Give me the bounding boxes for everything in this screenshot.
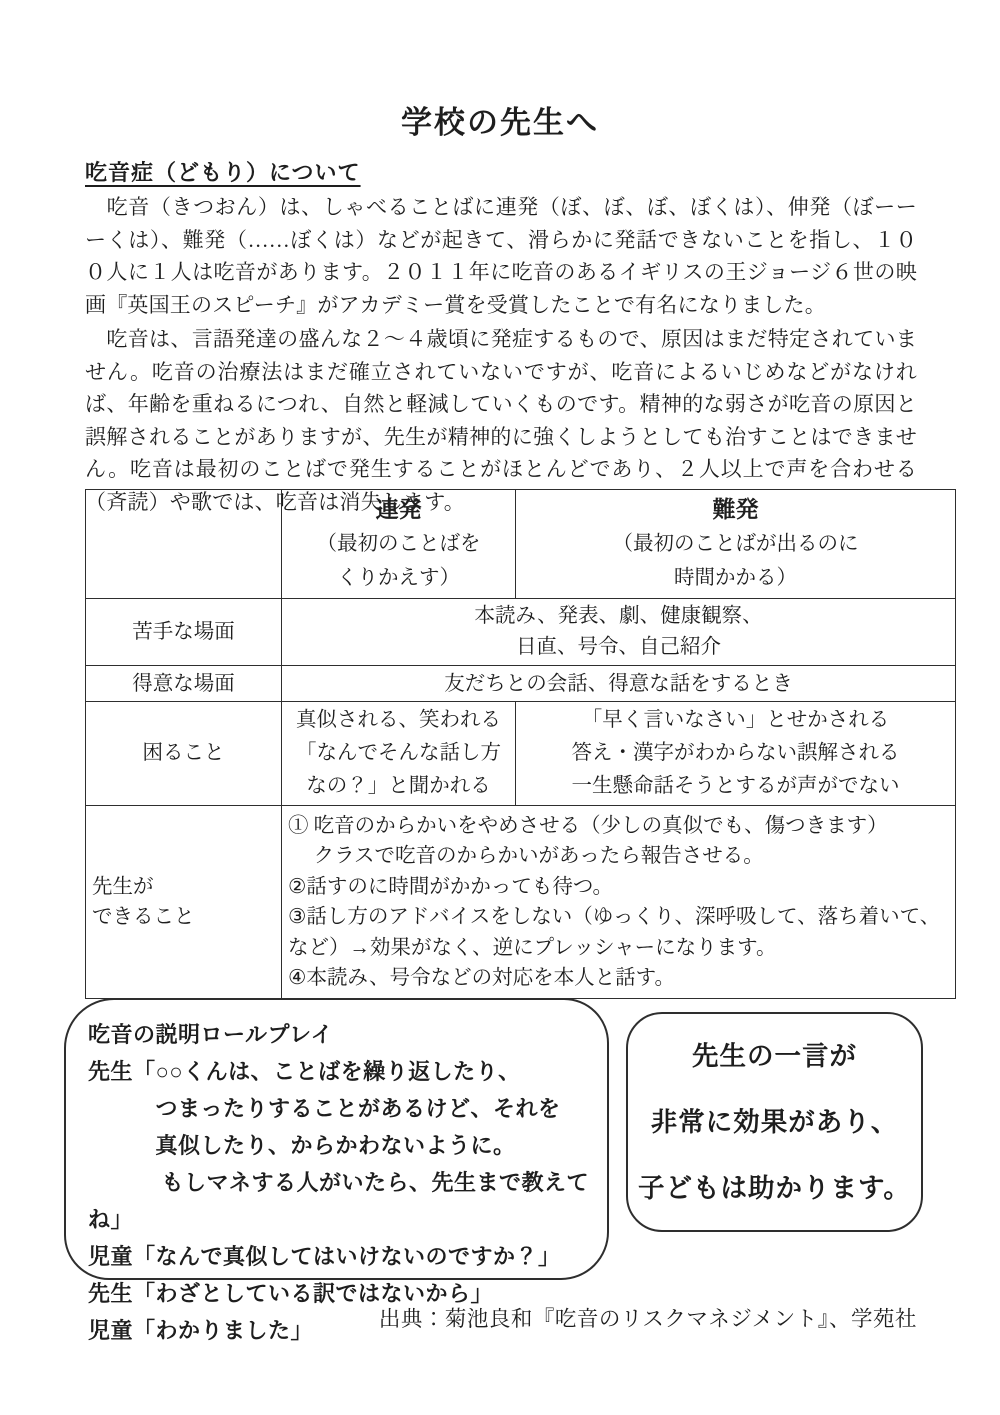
roleplay-explanation-box: 吃音の説明ロールプレイ 先生「○○くんは、ことばを繰り返したり、 つまったりする… — [64, 998, 609, 1280]
troubles-renpatsu-value: 真似される、笑われる 「なんでそんな話し方 なの？」と聞かれる — [282, 702, 516, 806]
table-header-row: 連発 （最初のことばを くりかえす） 難発 （最初のことばが出るのに 時間かかる… — [86, 490, 956, 599]
document-page: 学校の先生へ 吃音症（どもり）について 吃音（きつおん）は、しゃべることばに連発… — [0, 0, 1000, 1415]
table-row-good-situations: 得意な場面 友だちとの会話、得意な話をするとき — [86, 666, 956, 702]
troubles-nanpatsu-value: 「早く言いなさい」とせかされる 答え・漢字がわからない誤解される 一生懸命話そう… — [516, 702, 956, 806]
nanpatsu-header-title: 難発 — [522, 493, 949, 527]
renpatsu-header-subtitle: （最初のことばを くりかえす） — [288, 527, 509, 595]
table-row-teacher-actions: 先生が できること ① 吃音のからかいをやめさせる（少しの真似でも、傷つきます）… — [86, 806, 956, 999]
difficult-situations-value: 本読み、発表、劇、健康観察、 日直、号令、自己紹介 — [282, 599, 956, 666]
difficult-situations-label: 苦手な場面 — [86, 599, 282, 666]
table-header-nanpatsu: 難発 （最初のことばが出るのに 時間かかる） — [516, 490, 956, 599]
stuttering-overview-table: 連発 （最初のことばを くりかえす） 難発 （最初のことばが出るのに 時間かかる… — [85, 489, 956, 999]
table-corner-cell — [86, 490, 282, 599]
section-heading: 吃音症（どもり）について — [85, 156, 361, 187]
renpatsu-header-title: 連発 — [288, 493, 509, 527]
teacher-actions-value: ① 吃音のからかいをやめさせる（少しの真似でも、傷つきます） クラスで吃音のから… — [282, 806, 956, 999]
table-row-difficult-situations: 苦手な場面 本読み、発表、劇、健康観察、 日直、号令、自己紹介 — [86, 599, 956, 666]
table-row-troubles: 困ること 真似される、笑われる 「なんでそんな話し方 なの？」と聞かれる 「早く… — [86, 702, 956, 806]
good-situations-value: 友だちとの会話、得意な話をするとき — [282, 666, 956, 702]
teacher-actions-label: 先生が できること — [86, 806, 282, 999]
page-title: 学校の先生へ — [0, 97, 1000, 142]
source-citation: 出典：菊池良和『吃音のリスクマネジメント』、学苑社 — [85, 1302, 917, 1333]
troubles-label: 困ること — [86, 702, 282, 806]
good-situations-label: 得意な場面 — [86, 666, 282, 702]
paragraph-stuttering-intro: 吃音（きつおん）は、しゃべることばに連発（ぼ、ぼ、ぼ、ぼくは）、伸発（ぼーーーく… — [85, 191, 917, 321]
nanpatsu-header-subtitle: （最初のことばが出るのに 時間かかる） — [522, 527, 949, 595]
table-header-renpatsu: 連発 （最初のことばを くりかえす） — [282, 490, 516, 599]
teacher-word-emphasis-box: 先生の一言が 非常に効果があり、 子どもは助かります。 — [626, 1012, 923, 1232]
